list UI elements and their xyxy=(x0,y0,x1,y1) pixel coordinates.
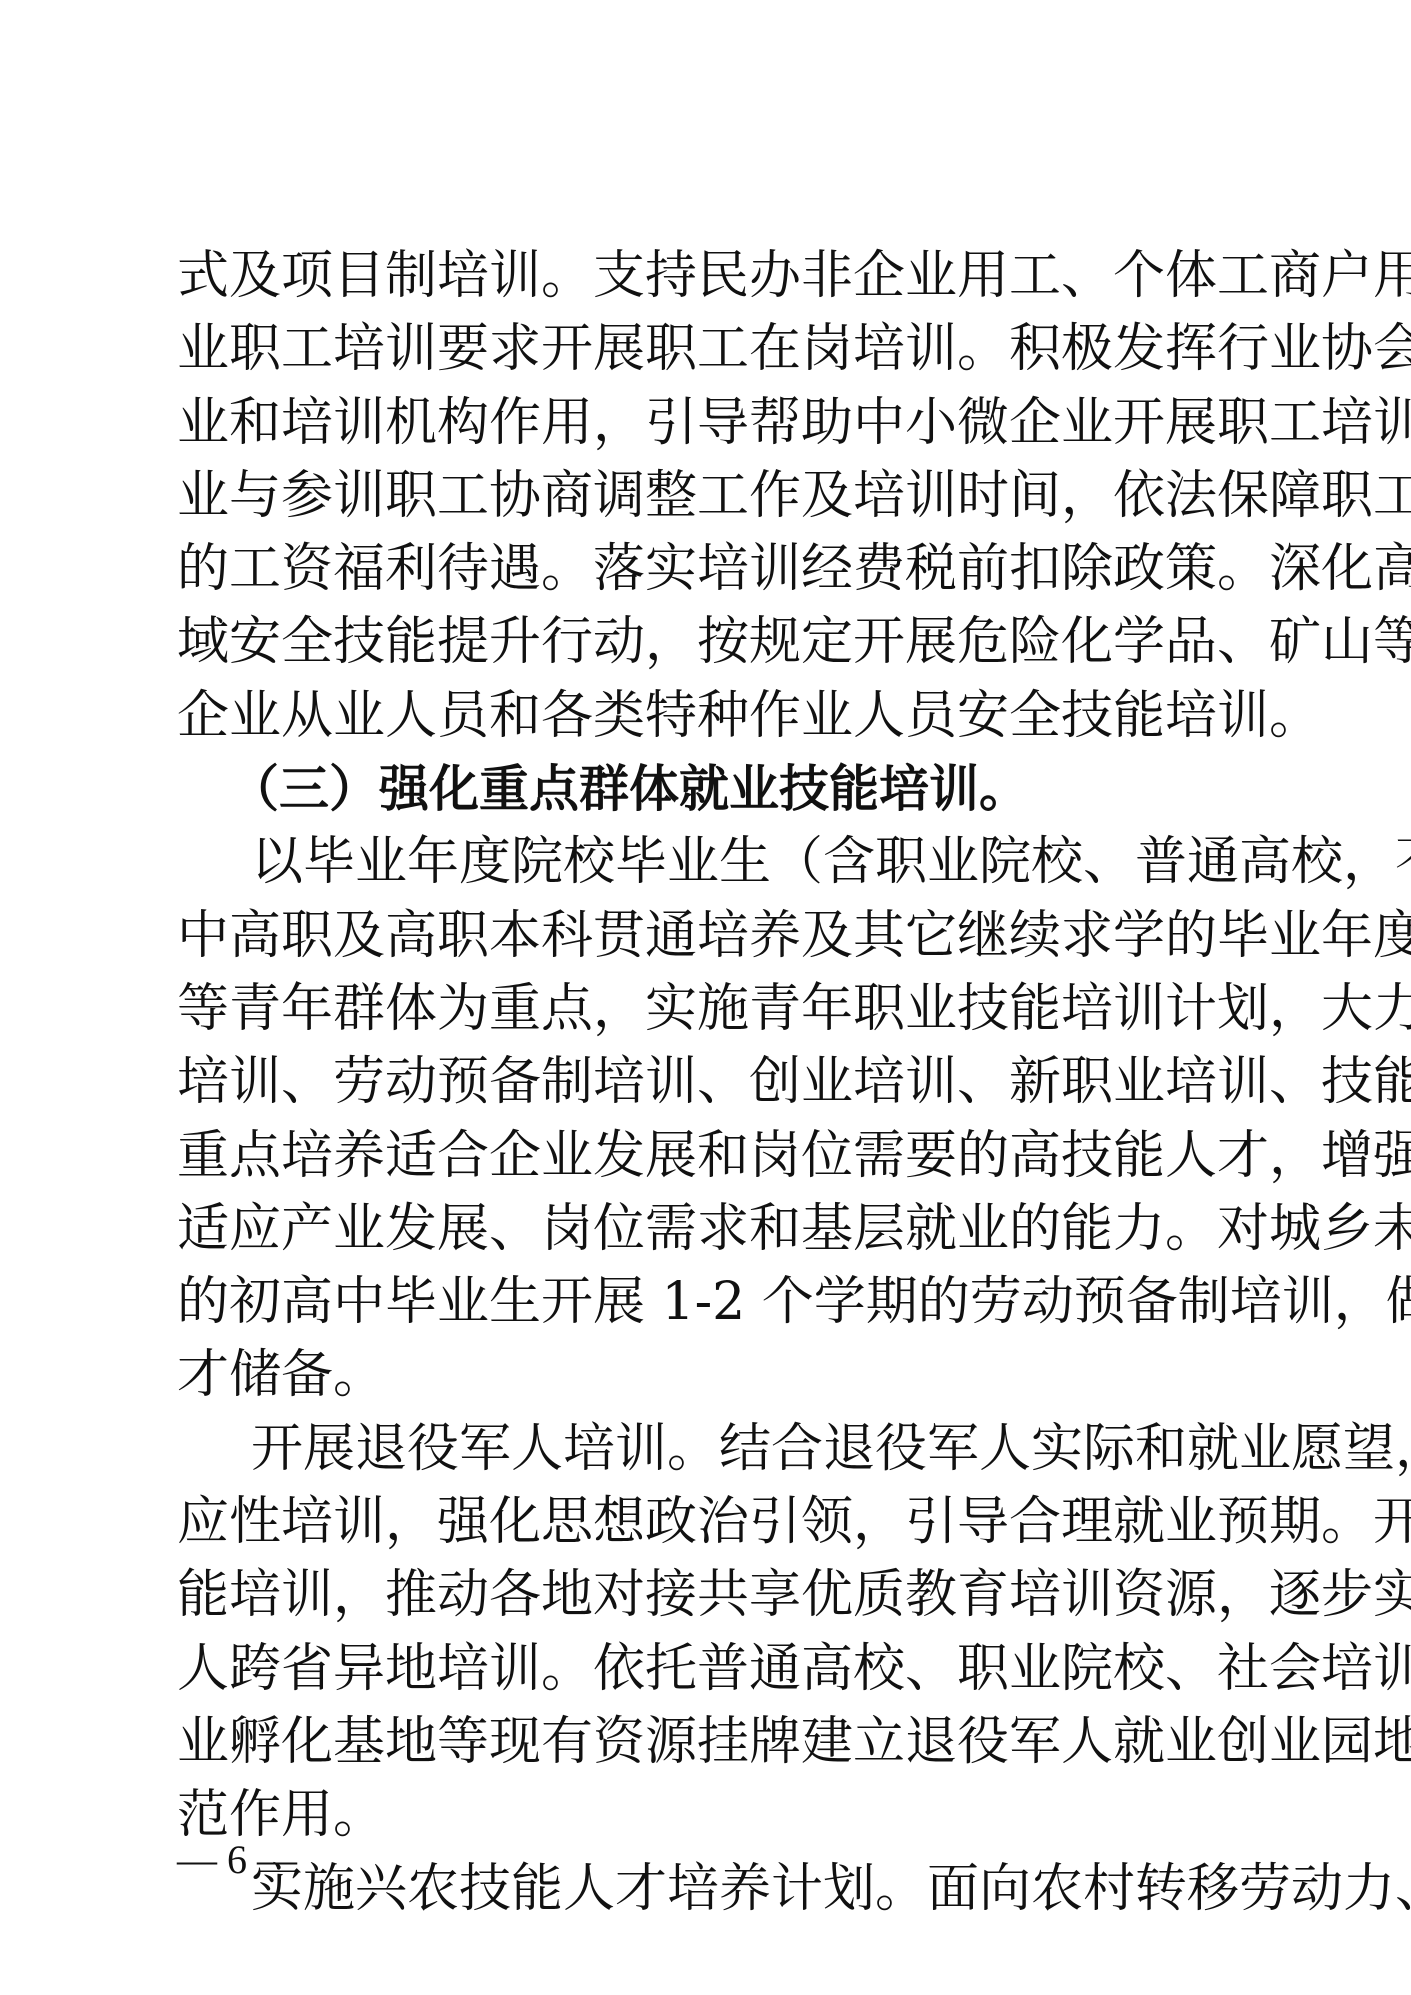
document-page: 式及项目制培训。支持民办非企业用工、个体工商户用工按照企 业职工培训要求开展职工… xyxy=(0,0,1411,1995)
paragraph-line: 以毕业年度院校毕业生（含职业院校、普通高校，不含“3+2” xyxy=(177,826,1239,899)
paragraph-line: 范作用。 xyxy=(177,1779,1239,1852)
paragraph-line: 适应产业发展、岗位需求和基层就业的能力。对城乡未继续升学 xyxy=(177,1193,1239,1266)
paragraph-line: 人跨省异地培训。依托普通高校、职业院校、社会培训机构、创 xyxy=(177,1633,1239,1706)
paragraph-line: 业孵化基地等现有资源挂牌建立退役军人就业创业园地，发挥示 xyxy=(177,1706,1239,1779)
paragraph-line: 的初高中毕业生开展 1-2 个学期的劳动预备制培训，做好技能人 xyxy=(177,1266,1239,1339)
paragraph-line: 培训、劳动预备制培训、创业培训、新职业培训、技能提升培训， xyxy=(177,1046,1239,1119)
section-heading: （三）强化重点群体就业技能培训。 xyxy=(177,753,1239,826)
paragraph-line: 能培训，推动各地对接共享优质教育培训资源，逐步实现退役军 xyxy=(177,1559,1239,1632)
paragraph-line: 重点培养适合企业发展和岗位需要的高技能人才，增强青年群体 xyxy=(177,1120,1239,1193)
paragraph-line: 业和培训机构作用，引导帮助中小微企业开展职工培训。鼓励企 xyxy=(177,387,1239,460)
paragraph-line: 式及项目制培训。支持民办非企业用工、个体工商户用工按照企 xyxy=(177,240,1239,313)
page-number: — 6 — xyxy=(177,1830,297,1890)
paragraph-line: 中高职及高职本科贯通培养及其它继续求学的毕业年度毕业生） xyxy=(177,900,1239,973)
paragraph-line: 实施兴农技能人才培养计划。面向农村转移劳动力、返乡农 xyxy=(177,1853,1239,1926)
paragraph-line: 应性培训，强化思想政治引领，引导合理就业预期。开展职业技 xyxy=(177,1486,1239,1559)
paragraph-line: 企业从业人员和各类特种作业人员安全技能培训。 xyxy=(177,680,1239,753)
paragraph-line: 开展退役军人培训。结合退役军人实际和就业愿望，推行适 xyxy=(177,1413,1239,1486)
paragraph-line: 业与参训职工协商调整工作及培训时间，依法保障职工参训期间 xyxy=(177,460,1239,533)
paragraph-line: 才储备。 xyxy=(177,1339,1239,1412)
body-text: 式及项目制培训。支持民办非企业用工、个体工商户用工按照企 业职工培训要求开展职工… xyxy=(177,240,1239,1926)
paragraph-line: 的工资福利待遇。落实培训经费税前扣除政策。深化高危行业领 xyxy=(177,533,1239,606)
paragraph-line: 域安全技能提升行动，按规定开展危险化学品、矿山等高危行业 xyxy=(177,606,1239,679)
paragraph-line: 等青年群体为重点，实施青年职业技能培训计划，大力开展学徒 xyxy=(177,973,1239,1046)
paragraph-line: 业职工培训要求开展职工在岗培训。积极发挥行业协会、龙头企 xyxy=(177,313,1239,386)
